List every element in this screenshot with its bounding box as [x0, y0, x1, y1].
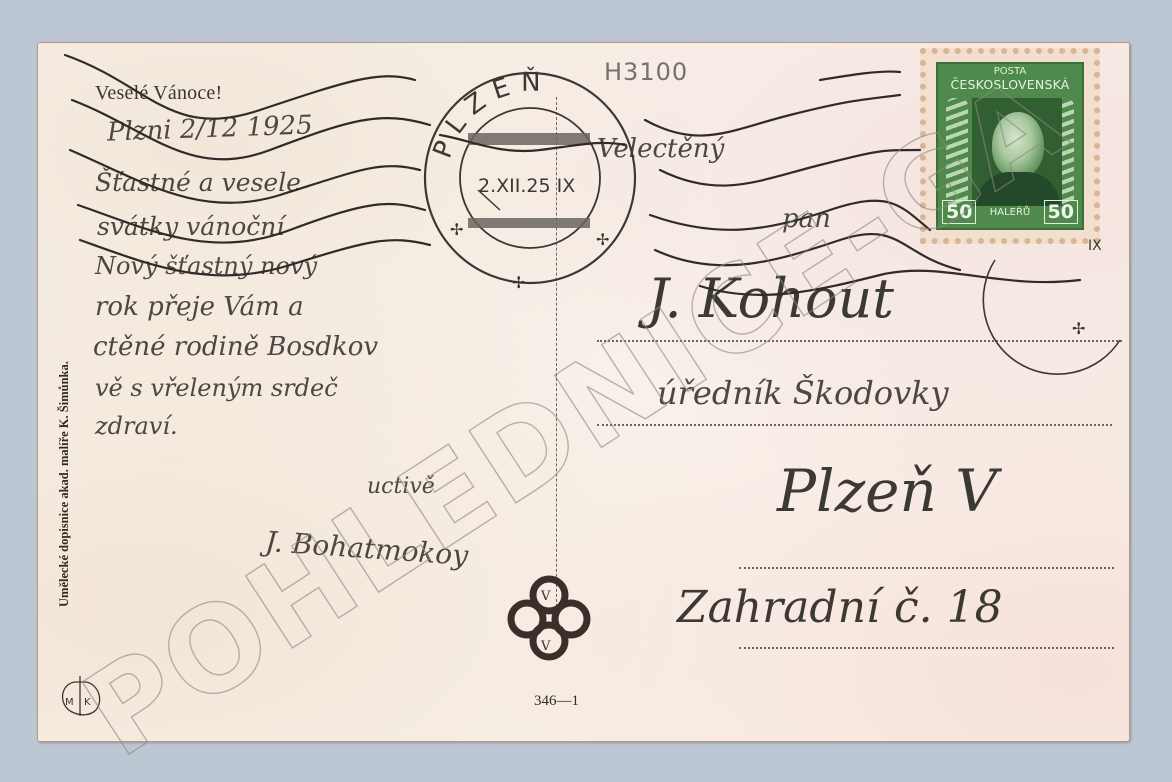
svg-text:V: V [540, 589, 551, 604]
svg-text:K: K [84, 697, 91, 708]
svg-text:✢: ✢ [450, 220, 463, 239]
postal-markings: 2.XII.25 IX PLZEŇ ✢ ✢ ✢ ✢ IX V V [0, 0, 1172, 782]
svg-text:✢: ✢ [512, 273, 525, 292]
svg-text:✢: ✢ [596, 230, 609, 249]
svg-text:V: V [540, 639, 551, 654]
cancellation-waves-right [645, 72, 1080, 295]
mk-leaf-logo-icon [63, 676, 100, 716]
postmark-date: 2.XII.25 IX [478, 175, 575, 197]
svg-text:IX: IX [1088, 238, 1102, 254]
svg-text:M: M [65, 697, 74, 708]
svg-text:✢: ✢ [1072, 319, 1085, 338]
